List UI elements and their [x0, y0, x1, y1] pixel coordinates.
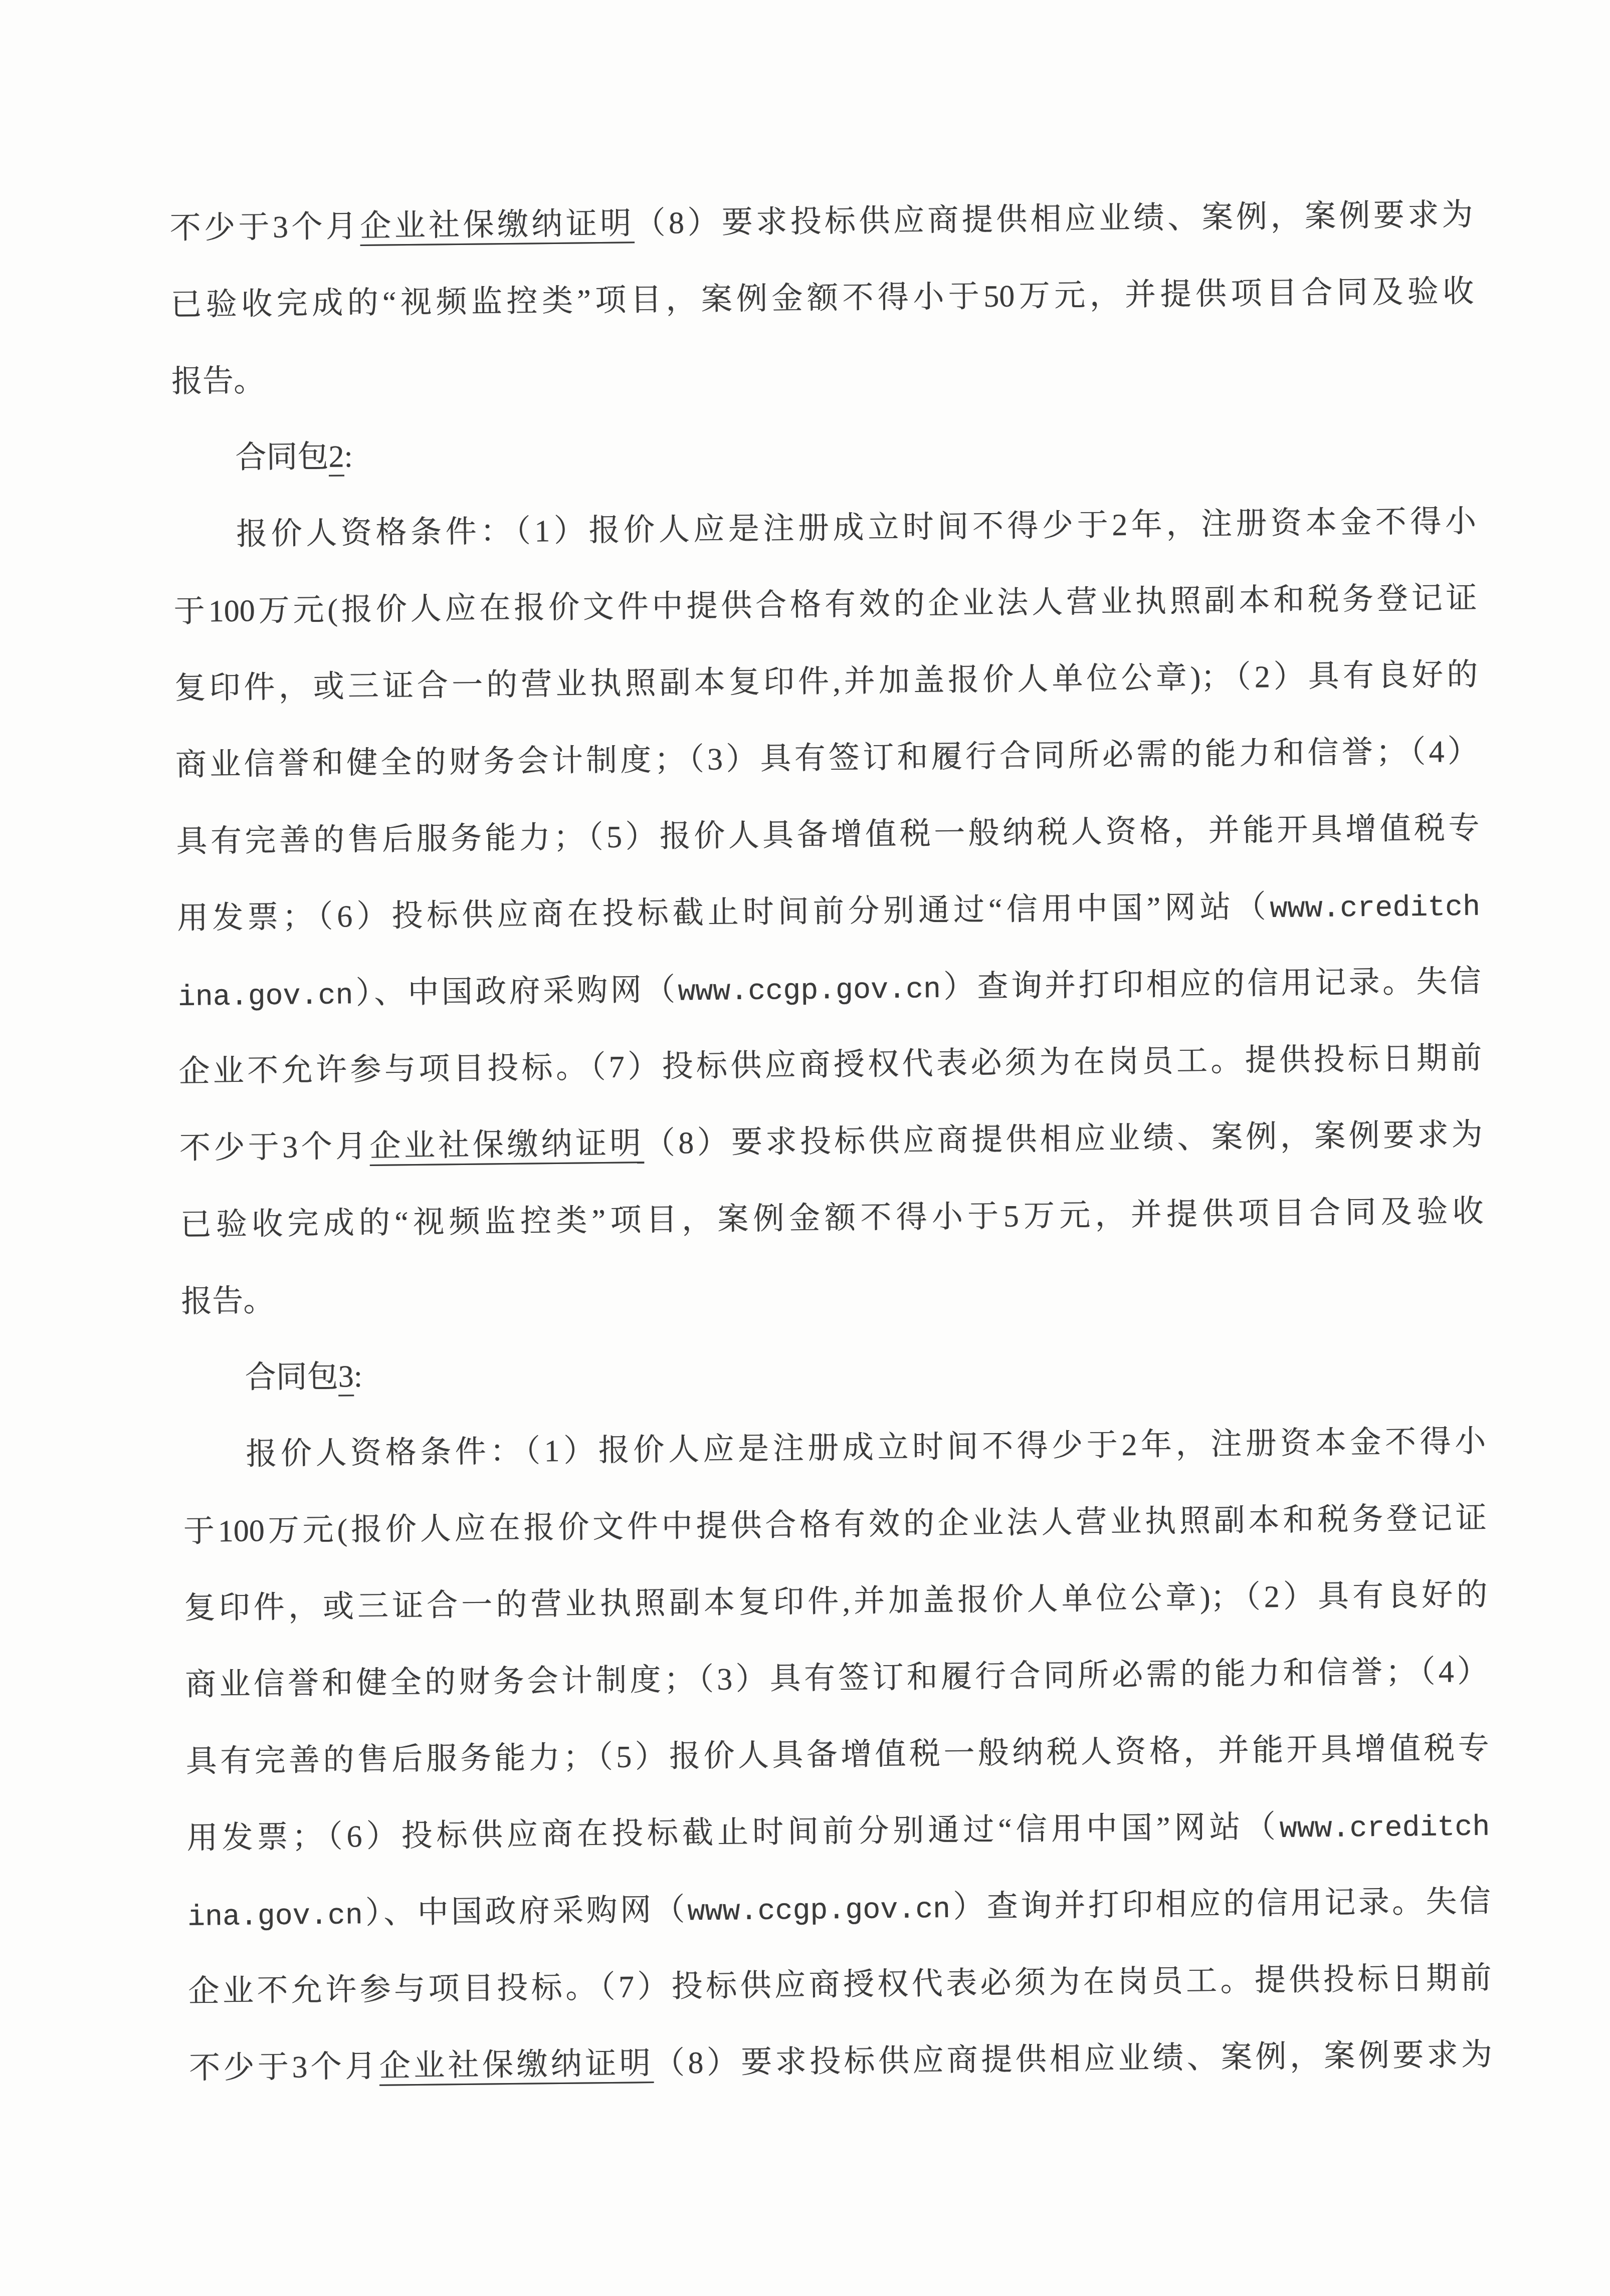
text-segment: : — [344, 439, 353, 474]
text-line: 复印件，或三证合一的营业执照副本复印件,并加盖报价人单位公章)；（2）具有良好的 — [174, 637, 1478, 727]
url-text: www.creditch — [1279, 1810, 1490, 1846]
underlined-text: 企业社保缴纳证明 — [379, 2046, 654, 2084]
text-segment: 复印件，或三证合一的营业执照副本复印件,并加盖报价人单位公章)；（2）具有良好的 — [184, 1578, 1488, 1626]
text-line: 不少于3个月企业社保缴纳证明（8）要求投标供应商提供相应业绩、案例，案例要求为 — [188, 2017, 1492, 2107]
text-line: 企业不允许参与项目投标。（7）投标供应商授权代表必须为在岗员工。提供投标日期前 — [188, 1940, 1492, 2030]
scanned-page: 不少于3个月企业社保缴纳证明（8）要求投标供应商提供相应业绩、案例，案例要求为 … — [0, 0, 1610, 2296]
text-line: 报告。 — [180, 1250, 1484, 1340]
text-line: 商业信誉和健全的财务会计制度；（3）具有签订和履行合同所必需的能力和信誉；（4） — [175, 714, 1479, 804]
text-segment: 已验收完成的“视频监控类”项目，案例金额不得小于5万元，并提供项目合同及验收 — [180, 1195, 1484, 1242]
text-segment: 不少于3个月 — [179, 1129, 370, 1166]
text-segment: 具有完善的售后服务能力；（5）报价人具备增值税一般纳税人资格，并能开具增值税专 — [185, 1731, 1489, 1779]
text-line: 报价人资格条件：（1）报价人应是注册成立时间不得少于2年，注册资本金不得小 — [172, 484, 1476, 574]
text-segment: 复印件，或三证合一的营业执照副本复印件,并加盖报价人单位公章)；（2）具有良好的 — [174, 658, 1478, 706]
text-segment: ）、中国政府采购网（ — [353, 973, 678, 1010]
text-line: ina.gov.cn）、中国政府采购网（www.ccgp.gov.cn）查询并打… — [187, 1864, 1491, 1954]
url-text: www.ccgp.gov.cn — [678, 973, 941, 1009]
text-segment: 报价人资格条件：（1）报价人应是注册成立时间不得少于2年，注册资本金不得小 — [236, 505, 1477, 552]
underlined-text: 企业社保缴纳证明 — [369, 1126, 644, 1164]
underlined-text: 3 — [338, 1359, 354, 1394]
text-line: 不少于3个月企业社保缴纳证明（8）要求投标供应商提供相应业绩、案例，案例要求为 — [179, 1097, 1483, 1187]
text-segment: 用发票；（6）投标供应商在投标截止时间前分别通过“信用中国”网站（ — [186, 1810, 1280, 1856]
text-segment: 已验收完成的“视频监控类”项目，案例金额不得小于50万元，并提供项目合同及验收 — [170, 275, 1474, 322]
text-line: 企业不允许参与项目投标。（7）投标供应商授权代表必须为在岗员工。提供投标日期前 — [178, 1020, 1482, 1110]
text-segment: 报告。 — [181, 1284, 275, 1319]
section-heading-package-2: 合同包2: — [172, 407, 1476, 497]
text-segment: （8）要求投标供应商提供相应业绩、案例，案例要求为 — [654, 2038, 1493, 2081]
text-segment: ）查询并打印相应的信用记录。失信 — [941, 965, 1481, 1004]
text-segment: 商业信誉和健全的财务会计制度；（3）具有签订和履行合同所必需的能力和信誉；（4） — [175, 735, 1479, 782]
text-segment: （8）要求投标供应商提供相应业绩、案例，案例要求为 — [644, 1118, 1483, 1161]
text-line: 不少于3个月企业社保缴纳证明（8）要求投标供应商提供相应业绩、案例，案例要求为 — [169, 177, 1473, 267]
url-text: ina.gov.cn — [178, 979, 353, 1014]
text-segment: : — [353, 1359, 362, 1394]
text-line: 商业信誉和健全的财务会计制度；（3）具有签订和履行合同所必需的能力和信誉；（4） — [184, 1634, 1488, 1724]
text-segment: 合同包 — [235, 440, 329, 475]
underlined-text: 企业社保缴纳证明 — [360, 206, 635, 244]
section-heading-package-3: 合同包3: — [181, 1327, 1485, 1417]
text-segment: 不少于3个月 — [169, 209, 360, 246]
text-segment: 合同包 — [245, 1360, 338, 1395]
url-text: www.creditch — [1270, 890, 1480, 926]
text-segment: 商业信誉和健全的财务会计制度；（3）具有签订和履行合同所必需的能力和信誉；（4） — [185, 1655, 1489, 1702]
text-line: 报告。 — [171, 330, 1475, 420]
text-segment: 不少于3个月 — [189, 2049, 379, 2086]
text-segment: 于100万元(报价人应在报价文件中提供合格有效的企业法人营业执照副本和税务登记证 — [173, 581, 1477, 629]
text-segment: 报告。 — [171, 364, 265, 399]
text-line: 已验收完成的“视频监控类”项目，案例金额不得小于50万元，并提供项目合同及验收 — [170, 254, 1474, 344]
text-segment: ）、中国政府采购网（ — [362, 1893, 688, 1930]
text-segment: 用发票；（6）投标供应商在投标截止时间前分别通过“信用中国”网站（ — [177, 890, 1270, 936]
document-text-block: 不少于3个月企业社保缴纳证明（8）要求投标供应商提供相应业绩、案例，案例要求为 … — [169, 177, 1493, 2107]
text-line: 报价人资格条件：（1）报价人应是注册成立时间不得少于2年，注册资本金不得小 — [182, 1404, 1486, 1494]
underlined-text: 2 — [328, 439, 344, 474]
text-line: 用发票；（6）投标供应商在投标截止时间前分别通过“信用中国”网站（www.cre… — [186, 1787, 1490, 1877]
url-text: ina.gov.cn — [187, 1899, 363, 1934]
text-line: 具有完善的售后服务能力；（5）报价人具备增值税一般纳税人资格，并能开具增值税专 — [176, 790, 1480, 880]
text-line: 已验收完成的“视频监控类”项目，案例金额不得小于5万元，并提供项目合同及验收 — [180, 1174, 1484, 1264]
text-segment: 具有完善的售后服务能力；（5）报价人具备增值税一般纳税人资格，并能开具增值税专 — [176, 811, 1480, 859]
text-line: 具有完善的售后服务能力；（5）报价人具备增值税一般纳税人资格，并能开具增值税专 — [185, 1710, 1489, 1800]
text-segment: （8）要求投标供应商提供相应业绩、案例，案例要求为 — [634, 198, 1473, 241]
text-segment: 企业不允许参与项目投标。（7）投标供应商授权代表必须为在岗员工。提供投标日期前 — [178, 1041, 1482, 1089]
text-line: ina.gov.cn）、中国政府采购网（www.ccgp.gov.cn）查询并打… — [177, 944, 1481, 1034]
text-segment: 于100万元(报价人应在报价文件中提供合格有效的企业法人营业执照副本和税务登记证 — [183, 1501, 1487, 1549]
text-segment: ）查询并打印相应的信用记录。失信 — [950, 1885, 1491, 1924]
url-text: www.ccgp.gov.cn — [687, 1893, 950, 1929]
text-line: 于100万元(报价人应在报价文件中提供合格有效的企业法人营业执照副本和税务登记证 — [173, 560, 1477, 650]
text-segment: 报价人资格条件：（1）报价人应是注册成立时间不得少于2年，注册资本金不得小 — [246, 1425, 1486, 1472]
text-line: 于100万元(报价人应在报价文件中提供合格有效的企业法人营业执照副本和税务登记证 — [183, 1480, 1487, 1570]
text-line: 用发票；（6）投标供应商在投标截止时间前分别通过“信用中国”网站（www.cre… — [176, 867, 1480, 957]
text-line: 复印件，或三证合一的营业执照副本复印件,并加盖报价人单位公章)；（2）具有良好的 — [184, 1557, 1488, 1647]
text-segment: 企业不允许参与项目投标。（7）投标供应商授权代表必须为在岗员工。提供投标日期前 — [188, 1961, 1492, 2009]
